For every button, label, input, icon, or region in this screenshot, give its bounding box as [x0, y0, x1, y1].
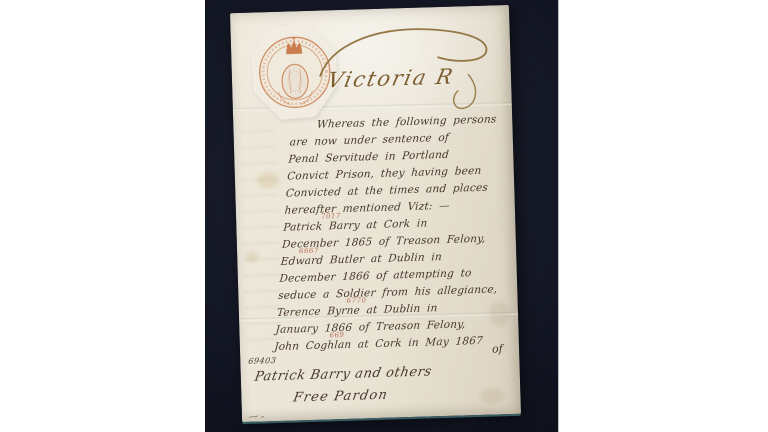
- docket-subject: Patrick Barry and others: [253, 364, 433, 384]
- prisoner-number: 669: [329, 331, 344, 339]
- royal-signature: Victoria R: [325, 65, 456, 93]
- photo-backdrop: Victoria R Whereas the following persons…: [205, 0, 559, 432]
- docket-type: Free Pardon: [292, 388, 389, 406]
- document-body: Whereas the following persons are now un…: [274, 111, 516, 356]
- prisoner-number: 7017: [321, 212, 341, 221]
- pen-mark: [248, 412, 266, 421]
- pardon-document: Victoria R Whereas the following persons…: [230, 5, 521, 422]
- paper-stain: [479, 387, 505, 404]
- prisoner-number: 6667: [299, 247, 319, 256]
- seal-shield: [282, 64, 309, 99]
- trailing-word: of: [492, 342, 503, 355]
- ink-showthrough: [239, 130, 281, 341]
- photo-page: Victoria R Whereas the following persons…: [0, 0, 768, 432]
- docket-reference-number: 69403: [248, 356, 277, 366]
- prisoner-number: 6770: [346, 296, 366, 305]
